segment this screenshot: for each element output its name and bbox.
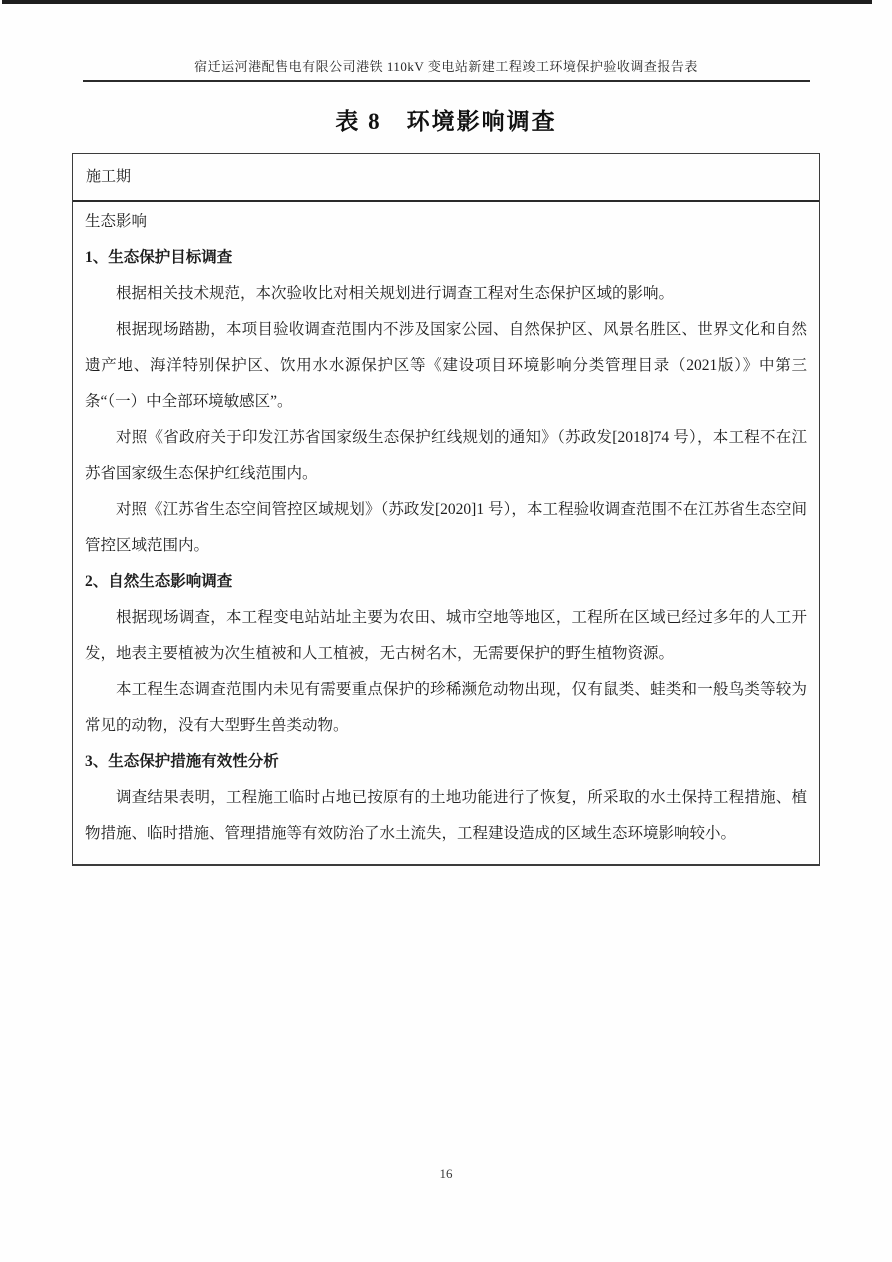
- page-title: 表 8 环境影响调查: [0, 103, 892, 136]
- paragraph: 根据现场调查，本工程变电站站址主要为农田、城市空地等地区，工程所在区域已经过多年…: [85, 600, 807, 672]
- period-label: 施工期: [86, 169, 131, 185]
- document-page: 宿迁运河港配售电有限公司港铁 110kV 变电站新建工程竣工环境保护验收调查报告…: [0, 0, 892, 1262]
- paragraph: 根据现场踏勘，本项目验收调查范围内不涉及国家公园、自然保护区、风景名胜区、世界文…: [85, 312, 807, 420]
- paragraph: 本工程生态调查范围内未见有需要重点保护的珍稀濒危动物出现，仅有鼠类、蛙类和一般鸟…: [85, 672, 807, 744]
- report-table: 施工期 生态影响 1、生态保护目标调查 根据相关技术规范，本次验收比对相关规划进…: [72, 153, 820, 866]
- paragraph: 调查结果表明，工程施工临时占地已按原有的土地功能进行了恢复，所采取的水土保持工程…: [85, 780, 807, 852]
- paragraph: 对照《江苏省生态空间管控区域规划》（苏政发[2020]1 号），本工程验收调查范…: [85, 492, 807, 564]
- section-heading-1: 1、生态保护目标调查: [85, 240, 807, 276]
- running-header: 宿迁运河港配售电有限公司港铁 110kV 变电站新建工程竣工环境保护验收调查报告…: [0, 56, 892, 75]
- table-row-content: 生态影响 1、生态保护目标调查 根据相关技术规范，本次验收比对相关规划进行调查工…: [73, 202, 819, 864]
- section-heading-3: 3、生态保护措施有效性分析: [85, 744, 807, 780]
- page-number: 16: [0, 1166, 892, 1182]
- scan-edge-bar: [2, 0, 872, 4]
- paragraph: 对照《省政府关于印发江苏省国家级生态保护红线规划的通知》（苏政发[2018]74…: [85, 420, 807, 492]
- table-row-period: 施工期: [73, 154, 819, 202]
- header-rule: [83, 80, 810, 82]
- paragraph: 根据相关技术规范，本次验收比对相关规划进行调查工程对生态保护区域的影响。: [85, 276, 807, 312]
- section-label: 生态影响: [85, 204, 807, 240]
- section-heading-2: 2、自然生态影响调查: [85, 564, 807, 600]
